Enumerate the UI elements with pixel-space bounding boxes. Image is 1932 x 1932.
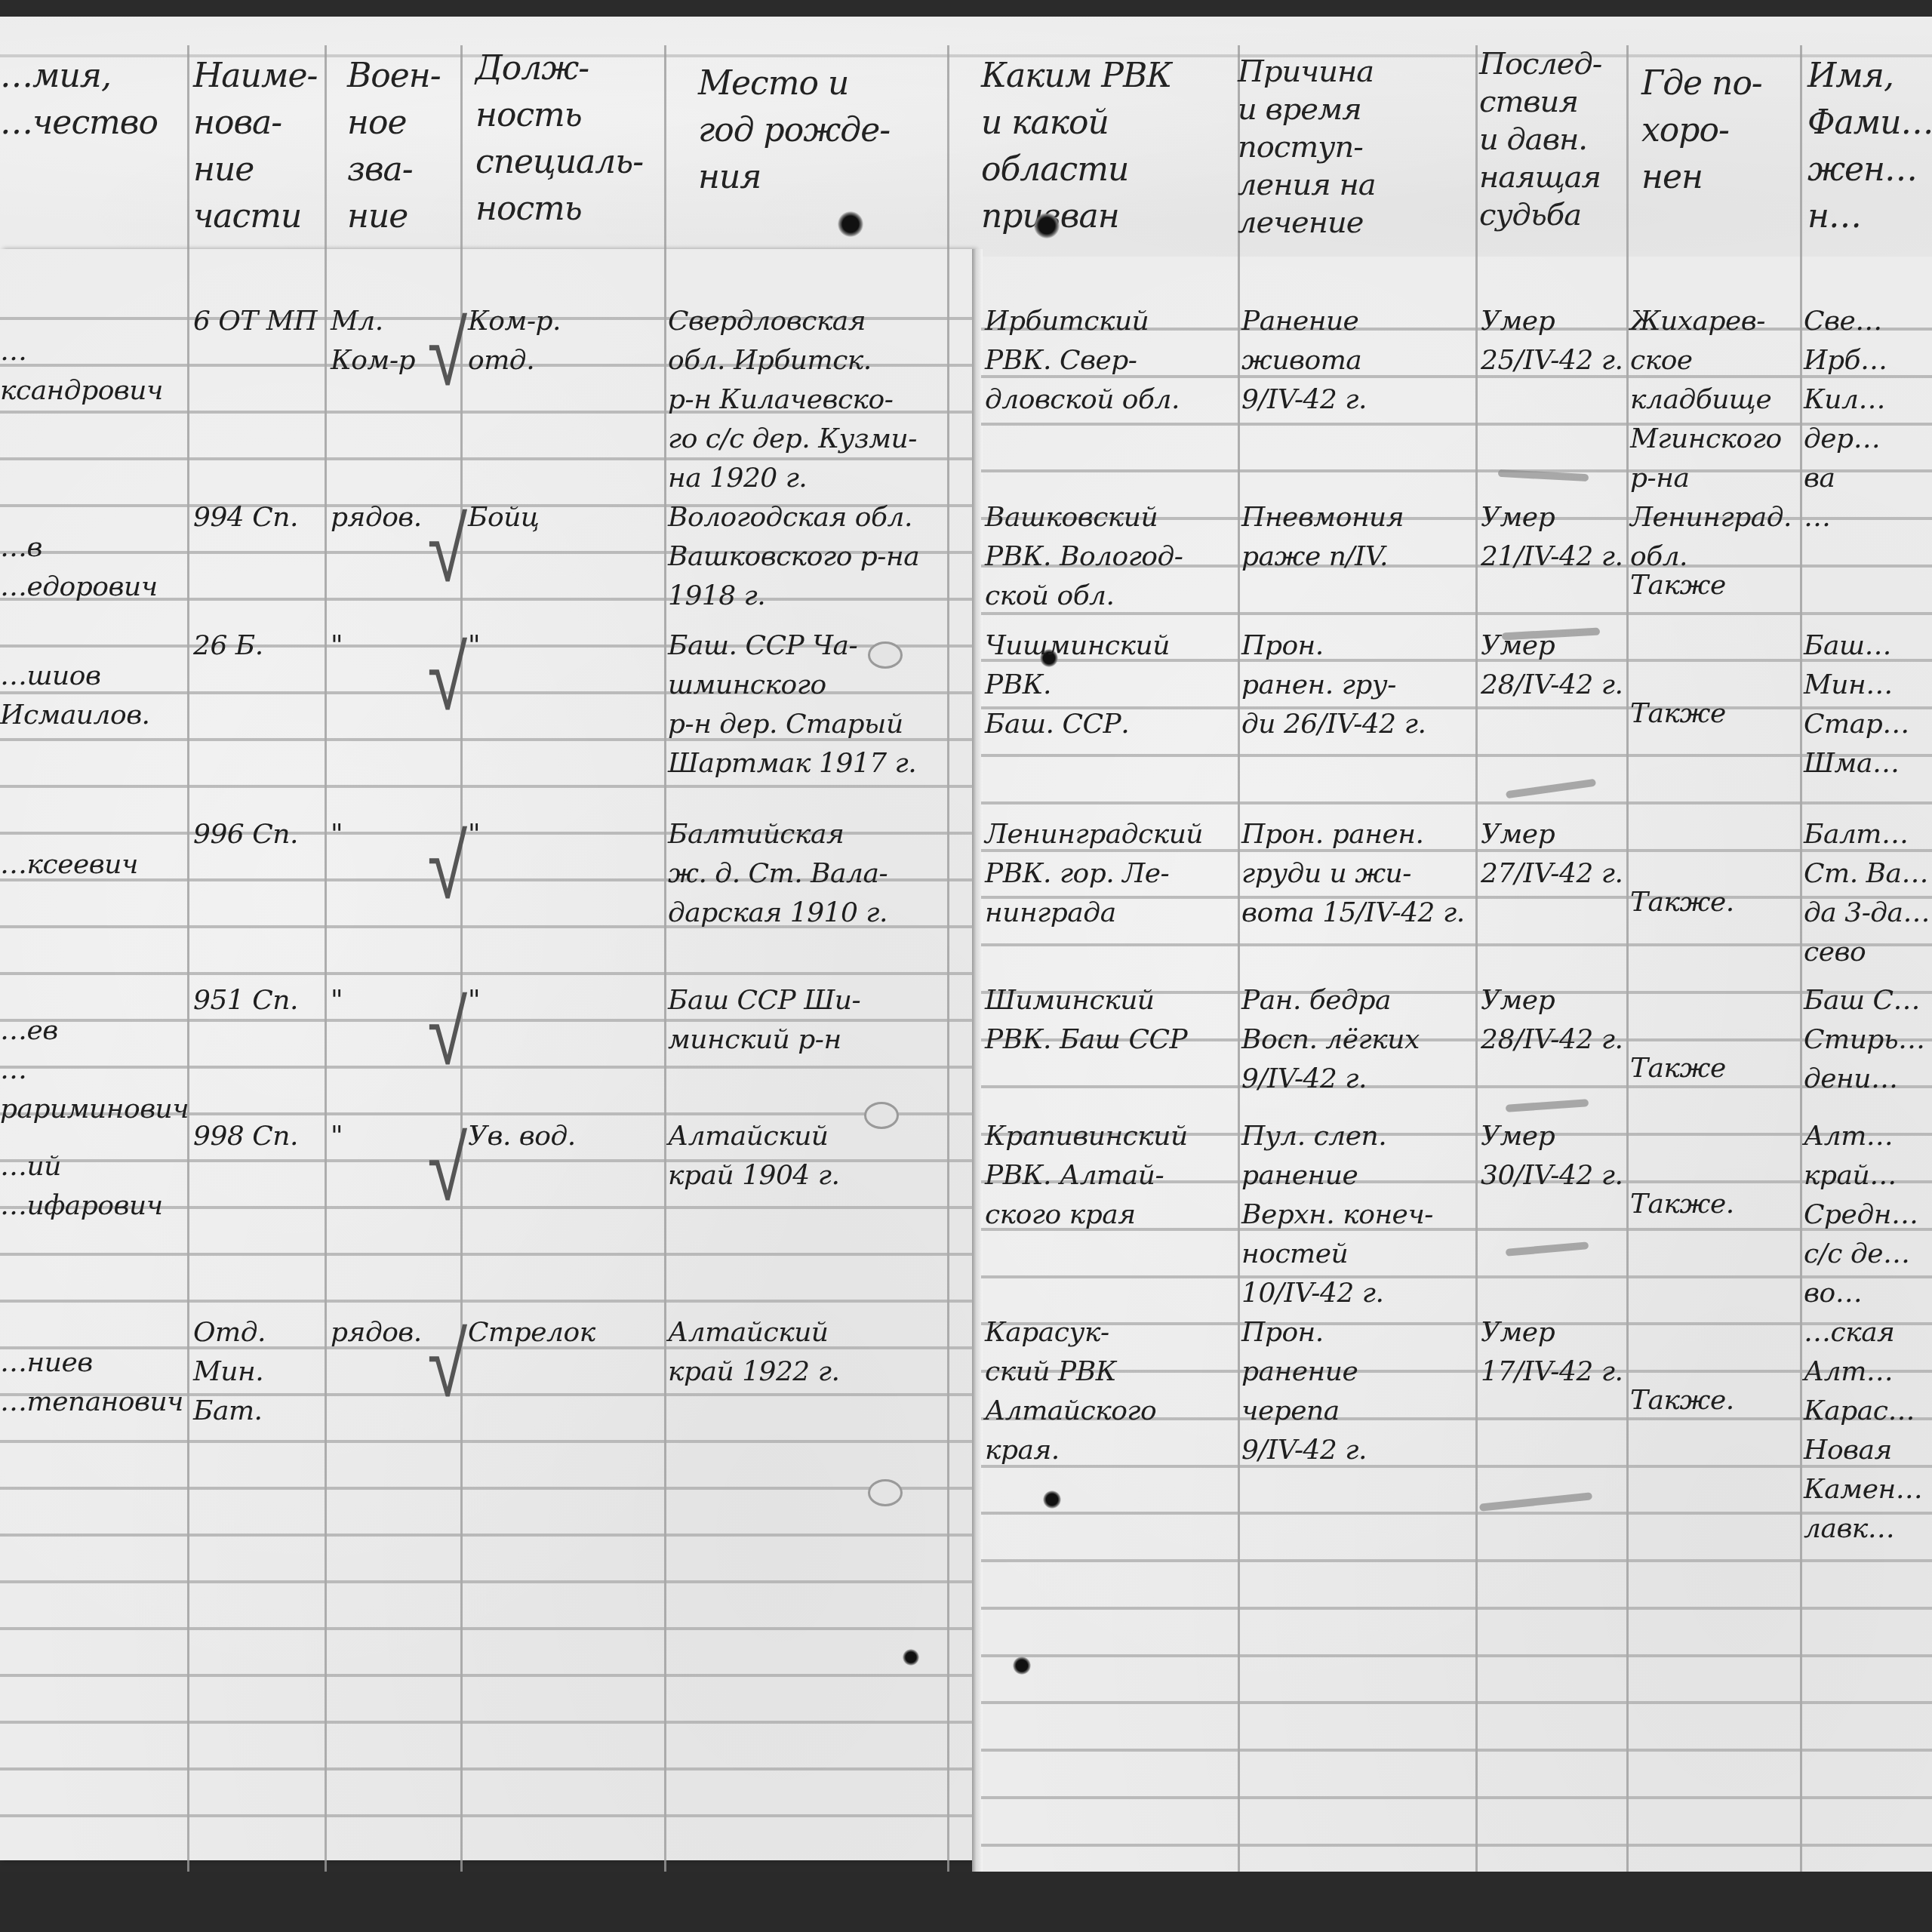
cell-name: …ксандрович (0, 332, 189, 411)
cell-name: …шиов Исмаилов. (0, 657, 189, 735)
cell-relatives: Баш С… Стирь… дени… (1804, 981, 1932, 1099)
cell-burial: Также. (1630, 883, 1800, 922)
cell-relatives: Алт… край… Средн… с/с де… во… (1804, 1117, 1932, 1313)
header-rank: Воен- ное зва- ние (347, 53, 460, 240)
ruled-line (0, 972, 974, 975)
ruled-line (981, 1654, 1932, 1657)
cell-name: …ев …рариминович (0, 1011, 189, 1129)
scan-bottom-edge (0, 1872, 1932, 1932)
ruled-line (0, 1767, 974, 1770)
cell-unit: Отд. Мин. Бат. (193, 1313, 329, 1431)
cell-burial: Также (1630, 1049, 1800, 1088)
cell-rvk: Ирбитский РВК. Свер- дловской обл. (985, 302, 1241, 420)
ruled-line (981, 1607, 1932, 1610)
ruled-line (0, 1440, 974, 1443)
cell-burial: Также. (1630, 1185, 1800, 1224)
cell-outcome: Умер 17/IV-42 г. (1481, 1313, 1628, 1392)
column-divider (1800, 45, 1802, 1872)
cell-birth: Алтайский край 1922 г. (668, 1313, 947, 1392)
header-name: …мия, …чество (0, 53, 181, 146)
column-divider (1475, 45, 1478, 1872)
cell-birth: Балтийская ж. д. Ст. Вала- дарская 1910 … (668, 815, 947, 933)
cell-rvk: Карасук- ский РВК Алтайского края. (985, 1313, 1241, 1470)
cell-relatives: … (1804, 498, 1932, 537)
cell-position: Ув. вод. (468, 1117, 657, 1156)
cell-name: …ксеевич (0, 845, 189, 884)
cell-relatives: …ская Алт… Карас… Новая Камен… лавк… (1804, 1313, 1932, 1549)
cell-burial: Также (1630, 694, 1800, 734)
checkmark-icon: √ (428, 1321, 468, 1411)
cell-outcome: Умер 27/IV-42 г. (1481, 815, 1628, 894)
ruled-line (981, 1749, 1932, 1752)
cell-unit: 6 ОТ МП (193, 302, 329, 341)
header-outcome: Послед- ствия и давн. наящая судьба (1479, 45, 1653, 234)
ruled-line (0, 1814, 974, 1817)
cell-birth: Алтайский край 1904 г. (668, 1117, 947, 1195)
cell-position: " (468, 626, 657, 666)
document-scan: …мия, …чество Наиме- нова- ние части Вое… (0, 0, 1932, 1932)
punch-hole (838, 211, 863, 237)
punch-hole (903, 1649, 919, 1666)
cell-cause: Ран. бедра Восп. лёгких 9/IV-42 г. (1241, 981, 1475, 1099)
cell-relatives: Баш… Мин… Стар… Шма… (1804, 626, 1932, 783)
cell-birth: Баш. ССР Ча- шминского р-н дер. Старый Ш… (668, 626, 947, 783)
cell-rvk: Крапивинский РВК. Алтай- ского края (985, 1117, 1241, 1235)
cell-unit: 951 Сп. (193, 981, 329, 1020)
cell-relatives: Балт… Ст. Ва… да 3-да… сево (1804, 815, 1932, 972)
header-relatives: Имя, Фами… жен… н… (1807, 53, 1932, 240)
cell-birth: Баш ССР Ши- минский р-н (668, 981, 947, 1060)
page-spine (972, 249, 983, 1879)
ruled-line (981, 943, 1932, 946)
checkmark-icon: √ (428, 634, 468, 724)
ruled-line (981, 1844, 1932, 1847)
checkmark-icon: √ (428, 506, 468, 596)
ruled-line (981, 1796, 1932, 1799)
cell-outcome: Умер 28/IV-42 г. (1481, 981, 1628, 1060)
cell-unit: 994 Сп. (193, 498, 329, 537)
ruled-line (981, 754, 1932, 757)
cell-unit: 26 Б. (193, 626, 329, 666)
ruled-line (0, 1627, 974, 1630)
cell-outcome: Умер 30/IV-42 г. (1481, 1117, 1628, 1195)
ruled-line (0, 1300, 974, 1303)
ruled-line (0, 1674, 974, 1677)
cell-rvk: Чишминский РВК. Баш. ССР. (985, 626, 1241, 744)
header-cause: Причина и время поступ- ления на лечение (1238, 53, 1487, 241)
cell-rvk: Ленинградский РВК. гор. Ле- нинграда (985, 815, 1241, 933)
ruled-line (981, 1559, 1932, 1562)
checkmark-icon: √ (428, 309, 468, 400)
ruled-line (981, 1512, 1932, 1515)
cell-unit: 996 Сп. (193, 815, 329, 854)
cell-birth: Свердловская обл. Ирбитск. р-н Килачевск… (668, 302, 947, 498)
cell-position: Ком-р. отд. (468, 302, 657, 380)
header-burial: Где по- хоро- нен (1641, 60, 1800, 201)
cell-burial: Также (1630, 566, 1800, 605)
header-birth: Место и год рожде- ния (698, 60, 962, 201)
cell-cause: Прон. ранен. гру- ди 26/IV-42 г. (1241, 626, 1475, 744)
ruled-line (0, 1534, 974, 1537)
cell-position: " (468, 981, 657, 1020)
ruled-line (0, 1487, 974, 1490)
header-rvk: Каким РВК и какой области призван (981, 53, 1245, 240)
ruled-line (981, 1701, 1932, 1704)
cell-outcome: Умер 21/IV-42 г. (1481, 498, 1628, 577)
header-unit: Наиме- нова- ние части (193, 53, 337, 240)
checkmark-icon: √ (428, 823, 468, 913)
cell-cause: Пул. слеп. ранение Верхн. конеч- ностей … (1241, 1117, 1475, 1313)
cell-outcome: Умер 28/IV-42 г. (1481, 626, 1628, 705)
cell-position: " (468, 815, 657, 854)
cell-rvk: Вашковский РВК. Вологод- ской обл. (985, 498, 1241, 616)
ruled-line (0, 1580, 974, 1583)
ruled-line (0, 1253, 974, 1256)
ruled-line (981, 801, 1932, 804)
checkmark-icon: √ (428, 1124, 468, 1215)
cell-name: …ниев …тепанович (0, 1343, 189, 1422)
ruled-line (0, 1721, 974, 1724)
cell-burial: Жихарев- ское кладбище Мгинского р-на Ле… (1630, 302, 1800, 577)
cell-unit: 998 Сп. (193, 1117, 329, 1156)
cell-name: …ий …ифарович (0, 1147, 189, 1226)
header-position: Долж- ность специаль- ность (475, 45, 672, 232)
checkmark-icon: √ (428, 989, 468, 1079)
punch-hole (1034, 213, 1060, 238)
cell-cause: Ранение живота 9/IV-42 г. (1241, 302, 1475, 420)
punch-hole (1043, 1491, 1061, 1509)
cell-relatives: Све… Ирб… Кил… дер… ва (1804, 302, 1932, 498)
cell-position: Стрелок (468, 1313, 657, 1352)
cell-burial: Также. (1630, 1381, 1800, 1420)
cell-cause: Прон. ранен. груди и жи- вота 15/IV-42 г… (1241, 815, 1475, 933)
paper-dent (868, 1479, 903, 1506)
punch-hole (1013, 1657, 1031, 1675)
cell-cause: Пневмония раже п/IV. (1241, 498, 1475, 577)
cell-position: Бойц (468, 498, 657, 537)
cell-birth: Вологодская обл. Вашковского р-на 1918 г… (668, 498, 947, 616)
cell-outcome: Умер 25/IV-42 г. (1481, 302, 1628, 380)
cell-cause: Прон. ранение черепа 9/IV-42 г. (1241, 1313, 1475, 1470)
ruled-line (0, 785, 974, 788)
cell-rvk: Шиминский РВК. Баш ССР (985, 981, 1241, 1060)
cell-name: …в …едорович (0, 528, 189, 607)
